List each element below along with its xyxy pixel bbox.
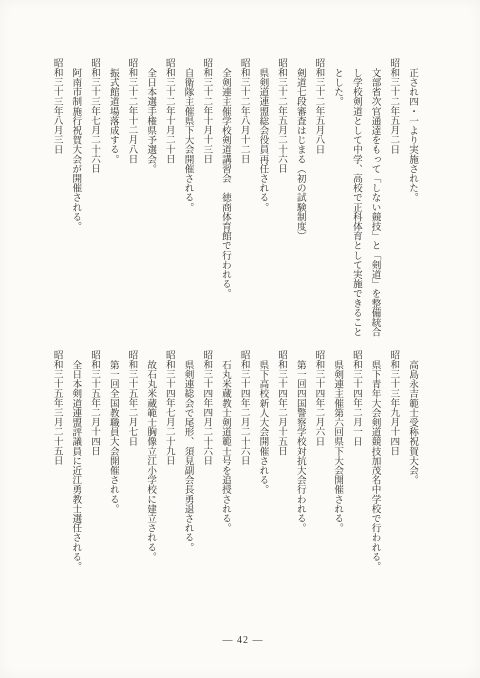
- event-text-line: 文部省次官通達をもって「しない競技」と「剣道」を整備統合: [365, 58, 384, 358]
- event-text-line: 正され四・一より実施された。: [402, 58, 421, 358]
- event-text-line: 全日本剣道連盟評議員に近江勇教士選任される。: [66, 350, 85, 640]
- event-text-line: 全日本選手権県予選会。: [140, 58, 159, 358]
- date-line: 昭和三十二年五月八日: [309, 58, 328, 358]
- event-text-line: 自衛隊主催県下大会開催される。: [178, 58, 197, 358]
- date-line: 昭和三十三年七月二十六日: [84, 58, 103, 358]
- event-text-line: 第一回全国教職員大会開催される。: [103, 350, 122, 640]
- date-line: 昭和三十四年二月六日: [309, 350, 328, 640]
- date-line: 昭和三十二年八月十二日: [234, 58, 253, 358]
- scanned-document-page: 正され四・一より実施された。昭和三十二年五月二日文部省次官通達をもって「しない競…: [0, 0, 480, 678]
- date-line: 昭和三十三年八月三日: [47, 58, 66, 358]
- event-text-line: 全剣連主催学校剣道講習会 徳商体育館で行われる。: [215, 58, 234, 358]
- event-text-line: 県下高校新人大会開催される。: [253, 350, 272, 640]
- date-line: 昭和三十二年五月二十六日: [271, 58, 290, 358]
- event-text-line: 県剣連総会で尾形、須見副会長勇退される。: [178, 350, 197, 640]
- event-text-line: 石丸米蔵教士剣道範士号を追授される。: [215, 350, 234, 640]
- event-text-line: 剣道七段審査はじまる（初の試験制度）: [290, 58, 309, 358]
- date-line: 昭和三十四年二月二十六日: [234, 350, 253, 640]
- date-line: 昭和三十三年九月十四日: [384, 350, 403, 640]
- event-text-line: し学校剣道として中学、高校で正科体育として実施できること: [346, 58, 365, 358]
- date-line: 昭和三十四年二月一日: [346, 350, 365, 640]
- date-line: 昭和三十五年二月七日: [122, 350, 141, 640]
- event-text-line: 阿南市制施行祝賀大会が開催される。: [66, 58, 85, 358]
- page-number: — 42 —: [200, 635, 286, 646]
- text-block-lower: 高島永吉範士受称祝賀大会。昭和三十三年九月十四日県下青年大会剣道競技加茂名中学校…: [47, 350, 421, 640]
- event-text-line: 振式館道場落成する。: [103, 58, 122, 358]
- event-text-line: 県下青年大会剣道競技加茂名中学校で行われる。: [365, 350, 384, 640]
- date-line: 昭和三十五年二月十四日: [84, 350, 103, 640]
- event-text-line: 県剣道連盟総会役員再任される。: [253, 58, 272, 358]
- text-block-upper: 正され四・一より実施された。昭和三十二年五月二日文部省次官通達をもって「しない競…: [47, 58, 421, 358]
- date-line: 昭和三十二年十月二十日: [159, 58, 178, 358]
- date-line: 昭和三十四年四月二十六日: [197, 350, 216, 640]
- date-line: 昭和三十二年十二月八日: [122, 58, 141, 358]
- date-line: 昭和三十四年七月二十九日: [159, 350, 178, 640]
- event-text-line: とした。: [327, 58, 346, 358]
- event-text-line: 県剣連主催第六回県下大会開催される。: [327, 350, 346, 640]
- event-text-line: 故石丸米蔵範士胸像立江小学校に建立される。: [140, 350, 159, 640]
- event-text-line: 第一回四国警察学校対抗大会行われる。: [290, 350, 309, 640]
- date-line: 昭和三十五年三月二十五日: [47, 350, 66, 640]
- date-line: 昭和三十四年二月十五日: [271, 350, 290, 640]
- date-line: 昭和三十二年五月二日: [384, 58, 403, 358]
- event-text-line: 高島永吉範士受称祝賀大会。: [402, 350, 421, 640]
- date-line: 昭和三十二年十月十三日: [197, 58, 216, 358]
